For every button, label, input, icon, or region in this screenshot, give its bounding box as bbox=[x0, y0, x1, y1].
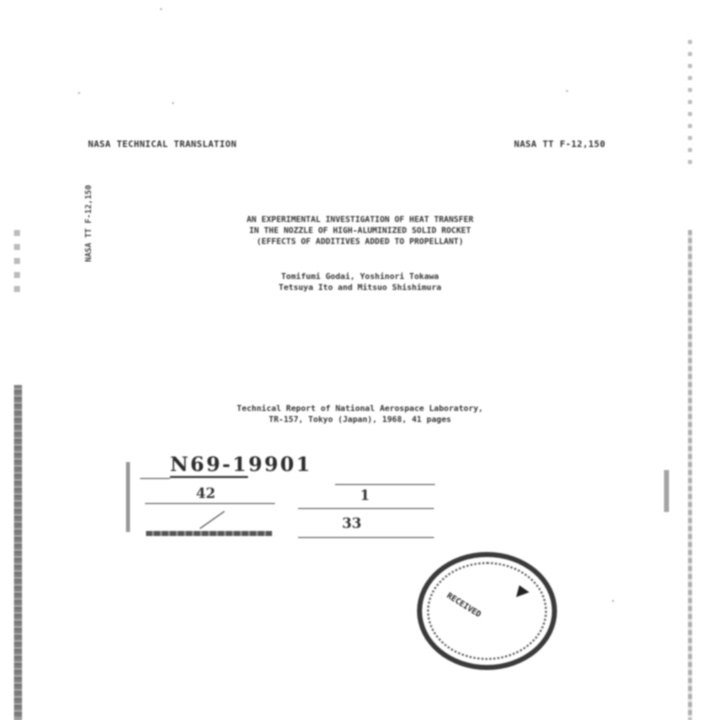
scan-speck bbox=[160, 8, 162, 10]
accession-underline bbox=[170, 476, 248, 478]
form-label-text bbox=[146, 531, 272, 536]
report-source: Technical Report of National Aerospace L… bbox=[150, 403, 570, 425]
authors: Tomifumi Godai, Yoshinori Tokawa Tetsuya… bbox=[200, 271, 520, 293]
title-line: (EFFECTS OF ADDITIVES ADDED TO PROPELLAN… bbox=[170, 236, 550, 247]
report-line: Technical Report of National Aerospace L… bbox=[150, 403, 570, 414]
accession-number: N69-19901 bbox=[170, 452, 312, 476]
author-line: Tetsuya Ito and Mitsuo Shishimura bbox=[200, 282, 520, 293]
document-title: AN EXPERIMENTAL INVESTIGATION OF HEAT TR… bbox=[170, 214, 550, 247]
code-value: 1 bbox=[360, 488, 370, 504]
form-line bbox=[335, 484, 435, 485]
report-line: TR-157, Tokyo (Japan), 1968, 41 pages bbox=[150, 414, 570, 425]
scan-speck bbox=[172, 102, 174, 104]
title-line: AN EXPERIMENTAL INVESTIGATION OF HEAT TR… bbox=[170, 214, 550, 225]
author-line: Tomifumi Godai, Yoshinori Tokawa bbox=[200, 271, 520, 282]
code-line bbox=[298, 508, 434, 509]
scan-edge-artifact bbox=[14, 230, 20, 300]
scan-edge-artifact bbox=[688, 40, 692, 170]
title-line: IN THE NOZZLE OF HIGH-ALUMINIZED SOLID R… bbox=[170, 225, 550, 236]
scan-speck bbox=[566, 90, 568, 92]
document-number: NASA TT F-12,150 bbox=[514, 140, 606, 150]
scan-edge-artifact bbox=[664, 470, 669, 512]
side-document-number: NASA TT F-12,150 bbox=[84, 168, 98, 278]
scan-speck bbox=[78, 92, 80, 94]
received-stamp: RECEIVED bbox=[417, 552, 557, 670]
scanned-document-page: NASA TECHNICAL TRANSLATION NASA TT F-12,… bbox=[0, 0, 720, 720]
pages-value: 42 bbox=[196, 486, 215, 502]
pages-line bbox=[145, 503, 275, 504]
handwritten-check-mark bbox=[200, 511, 225, 529]
form-side-label bbox=[126, 462, 130, 532]
series-label: NASA TECHNICAL TRANSLATION bbox=[88, 140, 237, 150]
scan-edge-artifact bbox=[14, 385, 22, 720]
scan-speck bbox=[612, 600, 614, 602]
scan-edge-artifact bbox=[688, 230, 692, 720]
form-line bbox=[140, 478, 170, 479]
category-value: 33 bbox=[342, 516, 361, 532]
category-line bbox=[298, 537, 434, 538]
stamp-ring bbox=[427, 562, 547, 660]
